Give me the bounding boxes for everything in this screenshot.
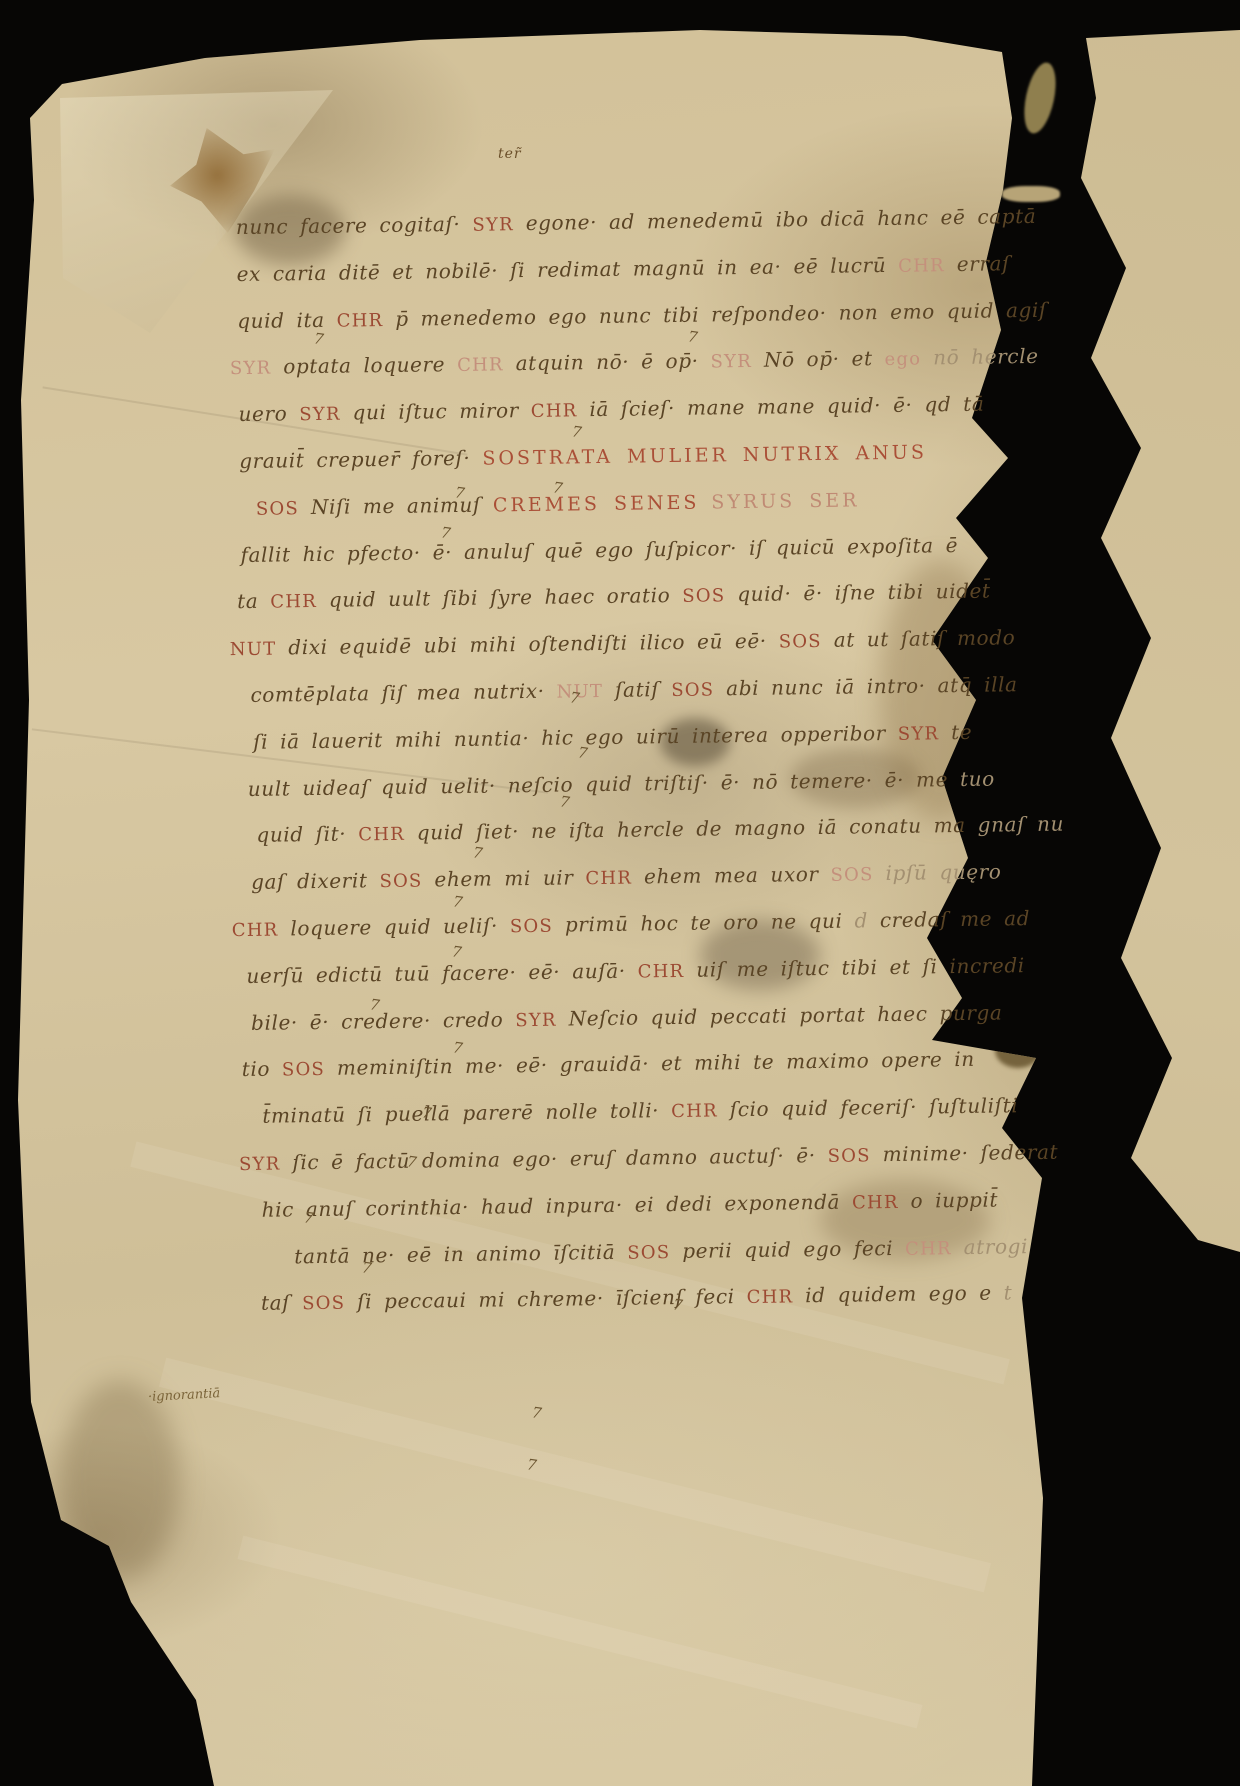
speaker-abbreviation: CHR [270,591,317,613]
speaker-abbreviation: SYR [710,351,752,373]
manuscript-line: NUT dixi equidē ubi mihi oſtendiſti ilic… [230,625,1016,660]
speaker-abbreviation: SYR [898,723,940,745]
text-segment: ſic ē factū domina ego· eruſ damno auctu… [292,1143,816,1174]
speaker-abbreviation: CHR [232,920,279,942]
manuscript-line: uerſū edictū tuū facere· eē· auſā· CHR u… [246,953,1025,988]
text-segment: ſatiſ [615,677,660,702]
text-segment: minime· ſederat [882,1140,1058,1166]
speaker-abbreviation: SYR [230,358,272,380]
speaker-abbreviation: SYR [239,1154,281,1176]
manuscript-line: fallit hic pfecto· ē· anuluſ quē ego ſuſ… [240,533,958,567]
manuscript-line: t̄minatū ſi puellā parerē nolle tolli· C… [262,1093,1018,1128]
manuscript-line: uero SYR qui iſtuc miror CHR iā ſcieſ· m… [238,392,984,426]
manuscript-line: bile· ē· credere· credo SYR Neſcio quid … [251,1000,1003,1034]
text-segment: optata loquere [283,353,445,379]
text-segment: o iuppit̄ [910,1187,998,1212]
text-segment: erraſ [957,251,1011,276]
manuscript-line: nunc facere cogitaſ· SYR egone· ad mened… [236,204,1037,239]
text-segment: credaſ me ad [880,906,1030,932]
text-segment: ta [237,589,259,613]
text-segment: ehem mi uir [434,866,573,892]
interlinear-mark: 7 [571,422,583,441]
text-segment: id quidem ego e [805,1281,992,1308]
interlinear-mark: 7 [472,843,484,862]
interlinear-mark: 7 [577,743,589,762]
text-segment: Nō op̄· et [764,347,873,373]
manuscript-line: uult uideaſ quid uelit· neſcio quid triſ… [248,766,995,800]
speaker-abbreviation: CHR [852,1192,899,1214]
text-segment: uiſ me iſtuc tibi et ſi incredi [696,953,1025,982]
text-segment: comtēplata ſiſ mea nutrix· [250,679,544,707]
text-segment: hic anuſ corinthia· haud inpura· ei dedi… [262,1190,841,1222]
text-segment: nunc facere cogitaſ· [236,212,461,239]
speaker-abbreviation: SOS [510,916,553,938]
manuscript-line: quid ſit· CHR quid ſiet· ne iſta hercle … [256,812,1064,847]
speaker-abbreviation: SYR [299,404,341,426]
speaker-abbreviation: SOS [682,586,725,608]
interlinear-mark: 7 [552,478,564,497]
manuscript-line: SYR optata loquere CHR atquin nō· ē op̄·… [230,344,1039,379]
speaker-abbreviation: CHR [671,1101,718,1123]
text-segment: uero [238,402,287,427]
text-segment: quid uult ſibi ſyre haec oratio [329,583,671,612]
interlinear-mark: 7 [361,1258,373,1277]
manuscript-line: tio SOS meminiſtin me· eē· grauidā· et m… [242,1047,975,1081]
text-segment: uult uideaſ quid uelit· neſcio quid triſ… [248,767,949,801]
text-segment: primū hoc te oro ne qui [565,909,843,937]
speaker-abbreviation: SYR [472,214,514,236]
text-segment: gnaſ nu [978,812,1065,837]
text-segment: ſcio quid feceriſ· ſuſtuliſti [730,1093,1019,1121]
text-segment: qui iſtuc miror [352,398,519,424]
text-segment: ipſū quęro [885,860,1001,886]
text-segment: gaſ dixerit [251,868,368,894]
text-segment: ſi iā lauerit mihi nuntia· hic ego uirū … [253,721,886,754]
text-segment: Neſcio quid peccati portat haec purga [568,1000,1002,1030]
interlinear-mark: 7 [672,1295,684,1314]
interlinear-mark: 7 [406,1152,418,1171]
text-segment: iā ſcieſ· mane mane quid· ē· qd tā [589,392,984,422]
text-segment: loquere quid ueliſ· [290,913,498,940]
text-segment: tantā ne· eē in animo īſcitiā [294,1239,615,1267]
manuscript-line: ſi iā lauerit mihi nuntia· hic ego uirū … [253,720,972,754]
manuscript-line: hic anuſ corinthia· haud inpura· ei dedi… [262,1187,999,1221]
speaker-abbreviation: SOS [627,1242,670,1264]
text-segment: t̄minatū ſi puellā parerē nolle tolli· [262,1098,659,1128]
text-segment: tuo [960,766,995,790]
text-segment: atquin nō· ē op̄· [516,349,699,376]
interlinear-mark: 7 [531,1403,543,1422]
manuscript-line: SYR ſic ē factū domina ego· eruſ damno a… [239,1140,1058,1175]
speaker-abbreviation: SYR [515,1009,557,1031]
speaker-abbreviation: NUT [230,639,277,661]
manuscript-line: grauit̄ crepuer̄ foreſ· SOSTRATA MULIER … [239,439,927,473]
text-segment: abi nunc iā intro· atq̄ illa [726,672,1018,700]
manuscript-line: comtēplata ſiſ mea nutrix· NUT ſatiſ SOS… [250,672,1017,707]
speaker-abbreviation: SOS [302,1293,345,1315]
speaker-abbreviation: SOS [256,498,299,520]
text-segment: perii quid ego feci [682,1236,893,1263]
speaker-abbreviation: ego [884,349,921,371]
interlinear-mark: 7 [687,327,699,346]
text-segment: quid· ē· iſne tibi uidet̄ [737,579,991,607]
speaker-abbreviation: SOS [828,1145,871,1167]
interlinear-mark: 7 [451,942,463,961]
manuscript-line: ex caria ditē et nobilē· ſi redimat magn… [236,251,1010,286]
text-segment: nō hercle [933,344,1039,369]
text-segment: atrogi [963,1234,1028,1259]
speaker-abbreviation: SOS [282,1059,325,1081]
speaker-abbreviation: SOS [779,631,822,653]
interlinear-mark: 7 [569,688,581,707]
speaker-abbreviation: SOS [671,679,714,701]
interlinear-mark: 7 [440,523,452,542]
manuscript-line: tantā ne· eē in animo īſcitiā SOS perii … [294,1234,1028,1268]
text-segment: SOSTRATA MULIER NUTRIX ANUS [482,441,927,469]
speaker-abbreviation: SOS [379,871,422,893]
text-segment: d [854,908,868,932]
text-segment: quid ſit· [256,822,346,847]
text-segment: quid ſiet· ne iſta hercle de magno iā co… [417,813,966,845]
text-segment: uerſū edictū tuū facere· eē· auſā· [246,958,626,987]
speaker-abbreviation: CHR [358,824,405,846]
text-segment: tio [242,1057,271,1081]
speaker-abbreviation: CHR [747,1287,794,1309]
speaker-abbreviation: CHR [638,961,685,983]
text-segment: at ut ſatiſ modo [834,625,1016,652]
text-segment: SYRUS SER [711,489,859,513]
interlinear-mark: 7 [303,1208,315,1227]
text-segment: fallit hic pfecto· ē· anuluſ quē ego ſuſ… [240,533,958,567]
speaker-abbreviation: CHR [898,255,945,277]
interlinear-mark: 7 [369,995,381,1014]
interlinear-mark: 7 [526,1455,538,1474]
manuscript-line: quid ita CHR p̄ menedemo ego nunc tibi r… [237,297,1047,332]
text-segment: dixi equidē ubi mihi oſtendiſti ilico eū… [288,629,767,660]
interlinear-mark: 7 [452,892,464,911]
manuscript-line: CHR loquere quid ueliſ· SOS primū hoc te… [232,906,1031,941]
manuscript-line: taſ SOS ſi peccaui mi chreme· īſcienſ fe… [261,1281,1013,1315]
text-block: nunc facere cogitaſ· SYR egone· ad mened… [0,0,1240,1786]
text-segment: te [951,720,972,744]
text-segment: CREMES SENES [493,491,700,516]
manuscript-line: gaſ dixerit SOS ehem mi uir CHR ehem mea… [251,860,1002,894]
speaker-abbreviation: CHR [905,1238,952,1260]
manuscript-line: ta CHR quid uult ſibi ſyre haec oratio S… [237,579,991,614]
text-segment: ehem mea uxor [644,862,819,888]
text-segment: quid ita [237,307,325,332]
speaker-abbreviation: CHR [337,310,384,332]
text-segment: meminiſtin me· eē· grauidā· et mihi te m… [337,1047,975,1080]
text-segment: grauit̄ crepuer̄ foreſ· [239,446,471,473]
interlinear-mark: 7 [421,1103,433,1122]
interlinear-mark: 7 [452,1038,464,1057]
text-segment: taſ [261,1291,291,1315]
text-segment: p̄ menedemo ego nunc tibi reſpondeo· non… [395,297,1047,330]
speaker-abbreviation: CHR [457,355,504,377]
interlinear-mark: 7 [313,329,325,348]
interlinear-mark: 7 [454,483,466,502]
manuscript-photo: ter̃ ·ignorantiā nunc facere cogitaſ· SY… [0,0,1240,1786]
text-segment: t [1003,1281,1012,1305]
text-segment: ex caria ditē et nobilē· ſi redimat magn… [236,253,886,286]
interlinear-mark: 7 [559,792,571,811]
speaker-abbreviation: CHR [585,868,632,890]
speaker-abbreviation: SOS [830,864,873,886]
speaker-abbreviation: CHR [531,400,578,422]
text-segment: egone· ad menedemū ibo dicā hanc eē capt… [526,204,1037,235]
